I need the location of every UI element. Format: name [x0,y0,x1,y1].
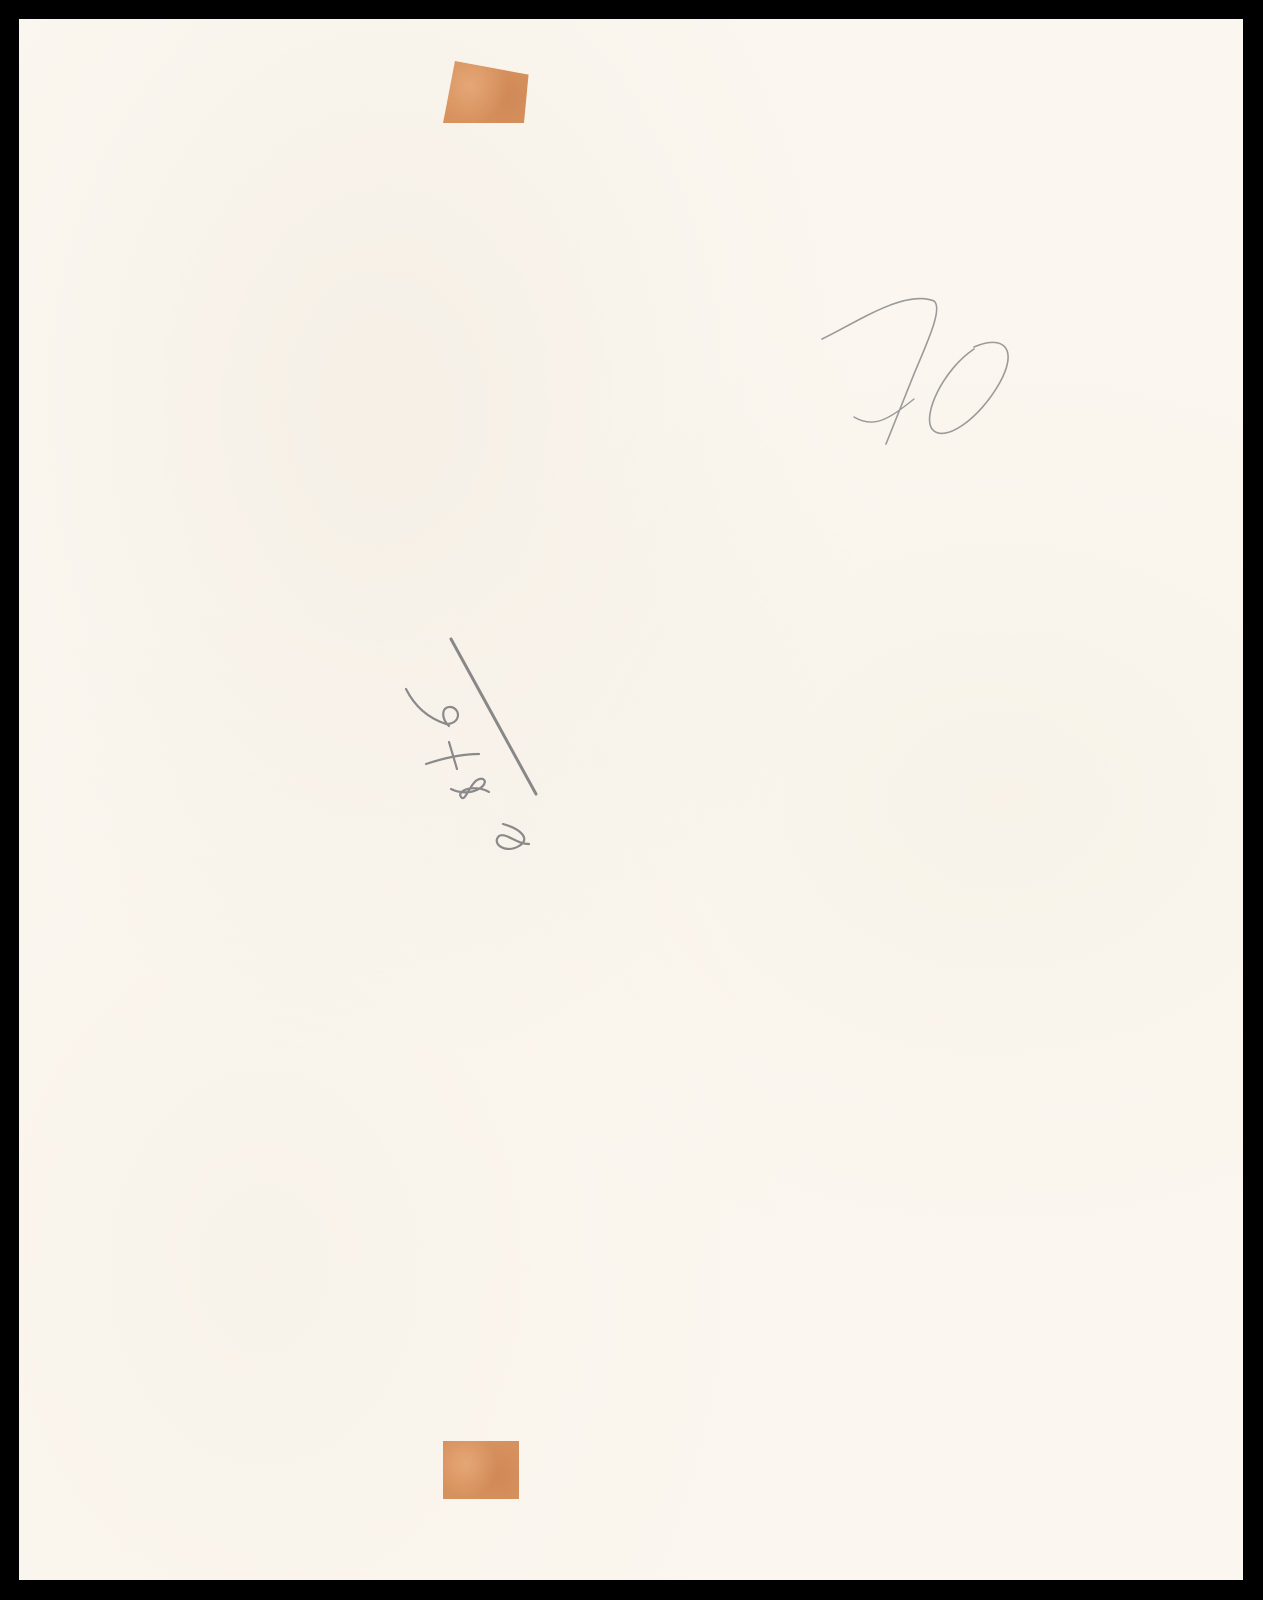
handwritten-dimension-note [391,614,571,864]
handwritten-page-number: 70 [814,279,1014,449]
tape-marker-bottom [443,1441,519,1499]
tape-marker-top [443,61,535,123]
paper-sheet: 70 28×9 [19,19,1243,1580]
